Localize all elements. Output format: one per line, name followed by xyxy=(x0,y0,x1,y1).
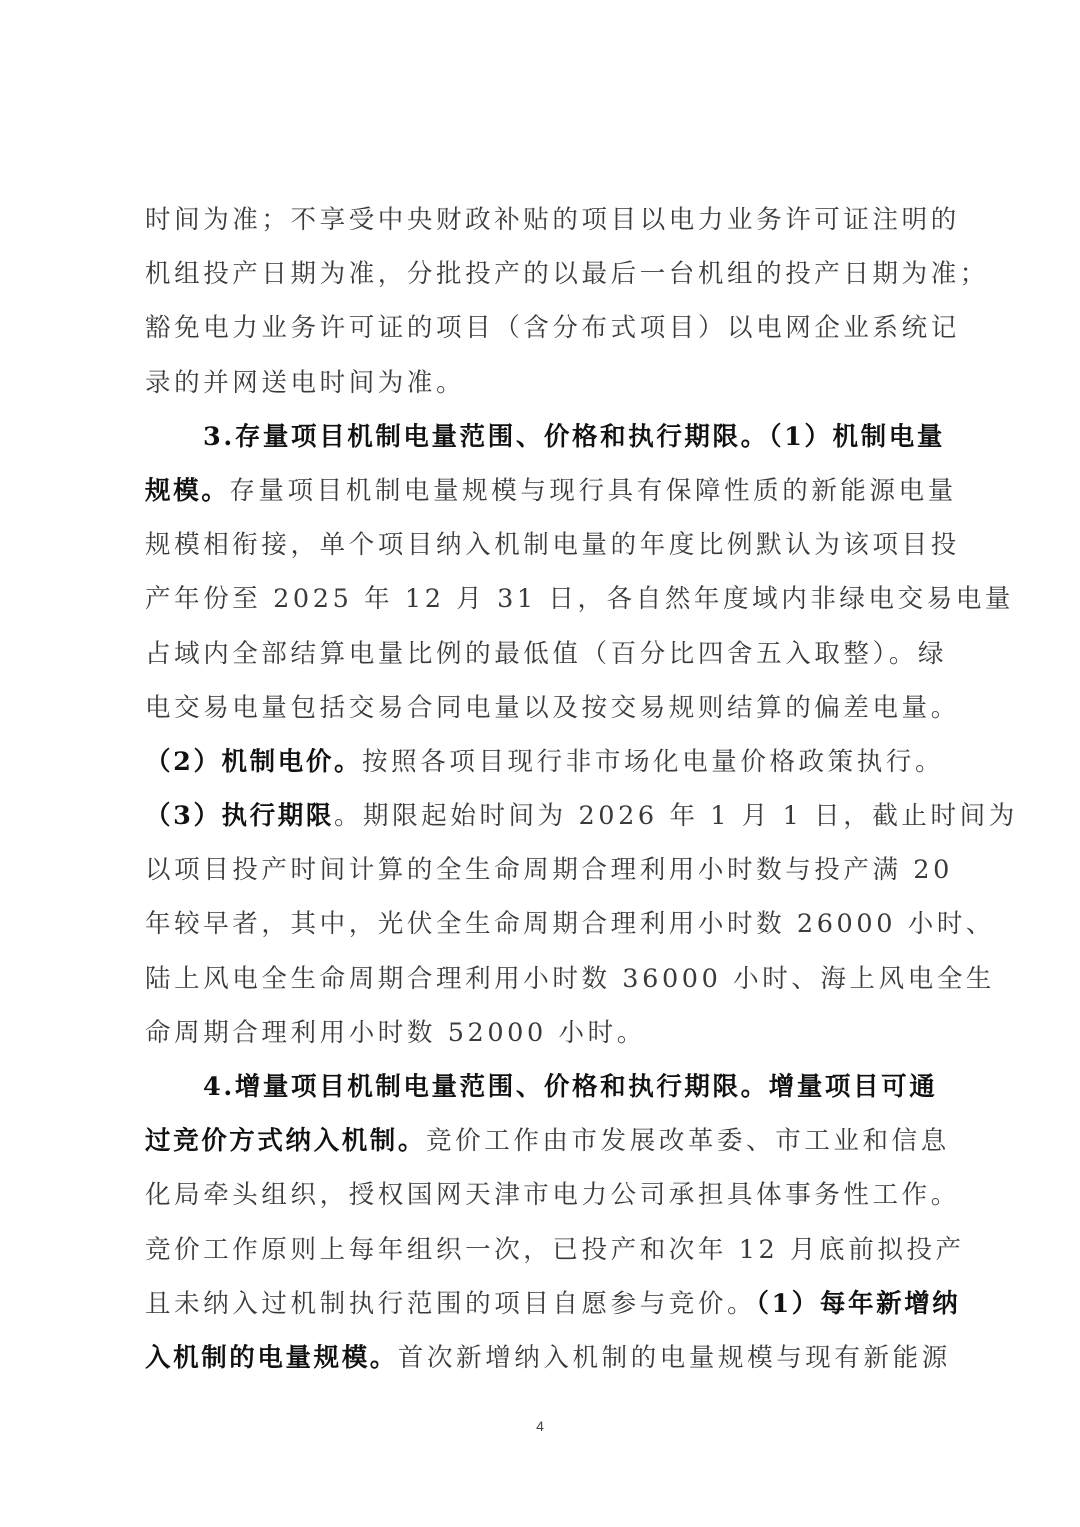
page-number: 4 xyxy=(0,1418,1080,1434)
text-segment: 竞价工作由市发展改革委、市工业和信息 xyxy=(426,1126,950,1156)
text-segment: 豁免电力业务许可证的项目（含分布式项目）以电网企业系统记 xyxy=(145,313,960,343)
bold-text-segment: 过竞价方式纳入机制。 xyxy=(145,1126,426,1156)
bold-text-segment: 4.增量项目机制电量范围、价格和执行期限。增量项目可通 xyxy=(203,1072,937,1102)
text-line: 产年份至 2025 年 12 月 31 日，各自然年度域内非绿电交易电量 xyxy=(145,572,950,626)
text-segment: 时间为准；不享受中央财政补贴的项目以电力业务许可证注明的 xyxy=(145,205,960,235)
text-line: 陆上风电全生命周期合理利用小时数 36000 小时、海上风电全生 xyxy=(145,952,950,1006)
document-page: 时间为准；不享受中央财政补贴的项目以电力业务许可证注明的机组投产日期为准，分批投… xyxy=(0,0,1080,1527)
text-line: 以项目投产时间计算的全生命周期合理利用小时数与投产满 20 xyxy=(145,843,950,897)
text-line: 3.存量项目机制电量范围、价格和执行期限。（1）机制电量 xyxy=(145,410,950,464)
text-segment: 命周期合理利用小时数 52000 小时。 xyxy=(145,1018,646,1048)
text-line: 命周期合理利用小时数 52000 小时。 xyxy=(145,1006,950,1060)
text-line: 电交易电量包括交易合同电量以及按交易规则结算的偏差电量。 xyxy=(145,681,950,735)
text-line: 录的并网送电时间为准。 xyxy=(145,356,950,410)
bold-text-segment: （1）每年新增纳 xyxy=(756,1289,960,1319)
text-segment: 按照各项目现行非市场化电量价格政策执行。 xyxy=(362,747,944,777)
text-line: （2）机制电价。按照各项目现行非市场化电量价格政策执行。 xyxy=(145,735,950,789)
bold-text-segment: 规模。 xyxy=(145,476,229,506)
text-line: 规模相衔接，单个项目纳入机制电量的年度比例默认为该项目投 xyxy=(145,518,950,572)
text-segment: 电交易电量包括交易合同电量以及按交易规则结算的偏差电量。 xyxy=(145,693,960,723)
bold-text-segment: （3）执行期限 xyxy=(145,801,334,831)
text-line: 规模。存量项目机制电量规模与现行具有保障性质的新能源电量 xyxy=(145,464,950,518)
text-line: 化局牵头组织，授权国网天津市电力公司承担具体事务性工作。 xyxy=(145,1168,950,1222)
text-segment: 规模相衔接，单个项目纳入机制电量的年度比例默认为该项目投 xyxy=(145,530,960,560)
text-segment: 竞价工作原则上每年组织一次，已投产和次年 12 月底前拟投产 xyxy=(145,1235,965,1265)
text-segment: 且未纳入过机制执行范围的项目自愿参与竞价。 xyxy=(145,1289,756,1319)
bold-text-segment: 3.存量项目机制电量范围、价格和执行期限。（1）机制电量 xyxy=(203,422,945,452)
text-segment: 录的并网送电时间为准。 xyxy=(145,368,465,398)
text-segment: 。期限起始时间为 2026 年 1 月 1 日，截止时间为 xyxy=(334,801,1018,831)
text-segment: 化局牵头组织，授权国网天津市电力公司承担具体事务性工作。 xyxy=(145,1180,960,1210)
text-line: 占域内全部结算电量比例的最低值（百分比四舍五入取整）。绿 xyxy=(145,627,950,681)
text-segment: 产年份至 2025 年 12 月 31 日，各自然年度域内非绿电交易电量 xyxy=(145,584,1014,614)
text-line: 过竞价方式纳入机制。竞价工作由市发展改革委、市工业和信息 xyxy=(145,1114,950,1168)
text-line: 入机制的电量规模。首次新增纳入机制的电量规模与现有新能源 xyxy=(145,1331,950,1385)
text-line: 竞价工作原则上每年组织一次，已投产和次年 12 月底前拟投产 xyxy=(145,1223,950,1277)
bold-text-segment: （2）机制电价。 xyxy=(145,747,362,777)
text-line: 机组投产日期为准，分批投产的以最后一台机组的投产日期为准； xyxy=(145,247,950,301)
text-line: 年较早者，其中，光伏全生命周期合理利用小时数 26000 小时、 xyxy=(145,897,950,951)
text-line: 豁免电力业务许可证的项目（含分布式项目）以电网企业系统记 xyxy=(145,301,950,355)
text-segment: 机组投产日期为准，分批投产的以最后一台机组的投产日期为准； xyxy=(145,259,989,289)
text-line: 4.增量项目机制电量范围、价格和执行期限。增量项目可通 xyxy=(145,1060,950,1114)
text-segment: 年较早者，其中，光伏全生命周期合理利用小时数 26000 小时、 xyxy=(145,909,995,939)
bold-text-segment: 入机制的电量规模。 xyxy=(145,1343,398,1373)
text-segment: 占域内全部结算电量比例的最低值（百分比四舍五入取整）。绿 xyxy=(145,639,947,669)
text-segment: 以项目投产时间计算的全生命周期合理利用小时数与投产满 20 xyxy=(145,855,953,885)
text-line: （3）执行期限。期限起始时间为 2026 年 1 月 1 日，截止时间为 xyxy=(145,789,950,843)
text-segment: 存量项目机制电量规模与现行具有保障性质的新能源电量 xyxy=(229,476,957,506)
text-segment: 陆上风电全生命周期合理利用小时数 36000 小时、海上风电全生 xyxy=(145,964,995,994)
document-body: 时间为准；不享受中央财政补贴的项目以电力业务许可证注明的机组投产日期为准，分批投… xyxy=(145,193,950,1385)
text-line: 时间为准；不享受中央财政补贴的项目以电力业务许可证注明的 xyxy=(145,193,950,247)
text-segment: 首次新增纳入机制的电量规模与现有新能源 xyxy=(398,1343,951,1373)
text-line: 且未纳入过机制执行范围的项目自愿参与竞价。（1）每年新增纳 xyxy=(145,1277,950,1331)
